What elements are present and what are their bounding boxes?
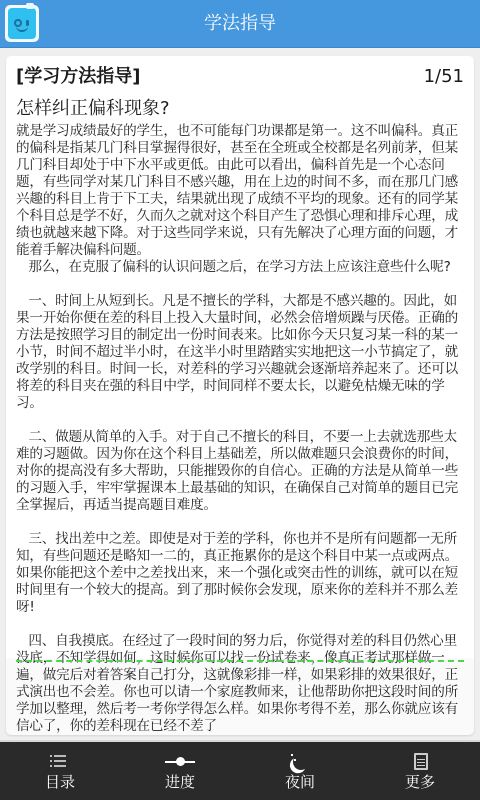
nav-more-button[interactable]: 更多 bbox=[360, 742, 480, 800]
page-counter: 1/51 bbox=[424, 65, 464, 89]
nav-progress-label: 进度 bbox=[165, 772, 195, 792]
article-body: 就是学习成绩最好的学生，也不可能每门功课都是第一。这不叫偏科。真正的偏科是指某几… bbox=[16, 123, 464, 735]
paragraph-intro: 就是学习成绩最好的学生，也不可能每门功课都是第一。这不叫偏科。真正的偏科是指某几… bbox=[16, 123, 464, 259]
nav-night-mode-label: 夜间 bbox=[285, 772, 315, 792]
page-title: 学法指导 bbox=[0, 12, 480, 36]
paragraph-point-4: 四、自我摸底。在经过了一段时间的努力后，你觉得对差的科目仍然心里没底，不知学得如… bbox=[16, 633, 464, 735]
article-card: [学习方法指导] 1/51 怎样纠正偏科现象? 就是学习成绩最好的学生，也不可能… bbox=[6, 56, 474, 735]
nav-catalog-button[interactable]: 目录 bbox=[0, 742, 120, 800]
nav-catalog-label: 目录 bbox=[45, 772, 75, 792]
nav-night-mode-button[interactable]: 夜间 bbox=[240, 742, 360, 800]
paragraph-point-2: 二、做题从简单的入手。对于自己不擅长的科目，不要一上去就选那些太难的习题做。因为… bbox=[16, 429, 464, 514]
paragraph-point-1: 一、时间上从短到长。凡是不擅长的学科，大都是不感兴趣的。因此，如果一开始你便在差… bbox=[16, 293, 464, 412]
end-divider bbox=[16, 660, 464, 662]
app-header: 学法指导 bbox=[0, 0, 480, 48]
nav-more-label: 更多 bbox=[405, 772, 435, 792]
list-icon bbox=[48, 753, 72, 771]
nav-progress-button[interactable]: 进度 bbox=[120, 742, 240, 800]
article-content[interactable]: [学习方法指导] 1/51 怎样纠正偏科现象? 就是学习成绩最好的学生，也不可能… bbox=[6, 56, 474, 658]
moon-icon bbox=[288, 753, 312, 771]
paragraph-question: 那么，在克服了偏科的认识问题之后，在学习方法上应该注意些什么呢? bbox=[16, 259, 464, 276]
paragraph-point-3: 三、找出差中之差。即使是对于差的学科，你也并不是所有问题都一无所知，有些问题还是… bbox=[16, 531, 464, 616]
document-icon bbox=[408, 753, 432, 771]
progress-slider-icon bbox=[165, 753, 195, 771]
article-title: 怎样纠正偏科现象? bbox=[16, 97, 170, 121]
article-category: [学习方法指导] bbox=[16, 65, 140, 89]
bottom-nav: 目录 进度 夜间 更多 bbox=[0, 740, 480, 800]
